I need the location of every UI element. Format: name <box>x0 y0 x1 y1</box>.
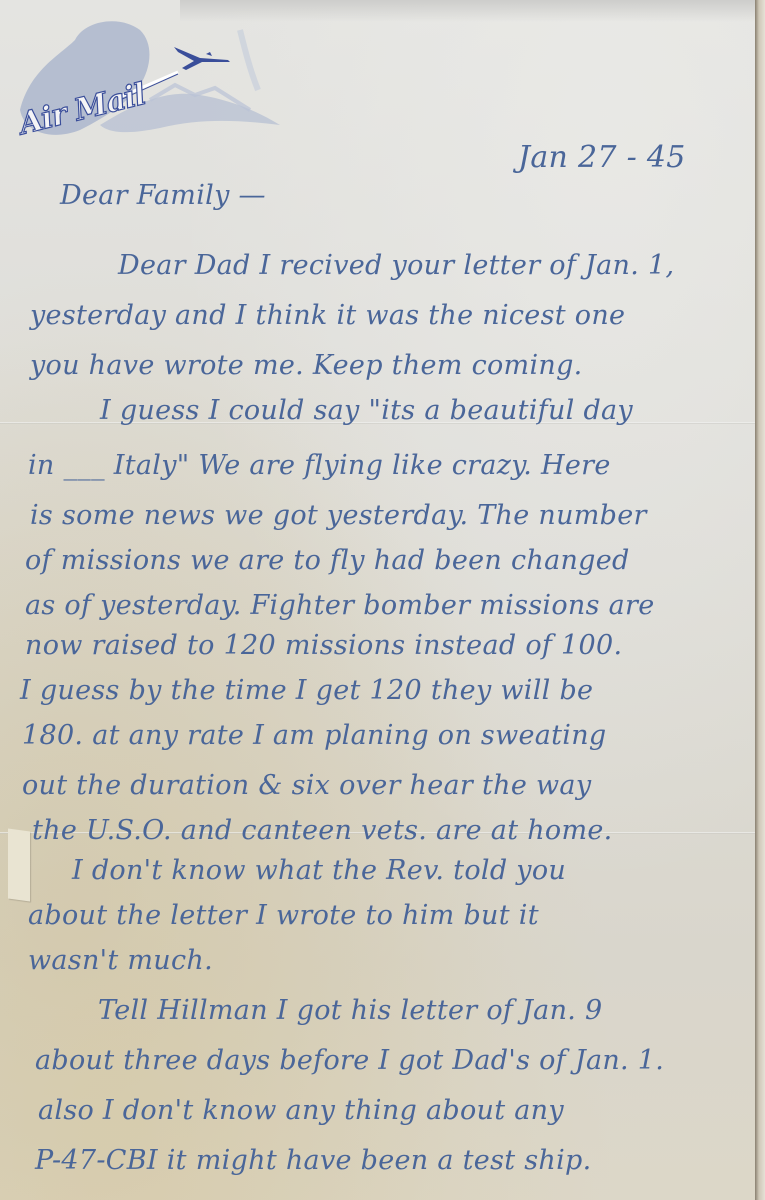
letter-line: yesterday and I think it was the nicest … <box>30 300 625 331</box>
tape-strip <box>8 828 30 901</box>
letter-line: now raised to 120 missions instead of 10… <box>25 630 622 661</box>
letter-line: I guess I could say "its a beautiful day <box>100 395 633 426</box>
letter-line: I don't know what the Rev. told you <box>72 855 566 886</box>
letter-line: P-47-CBI it might have been a test ship. <box>35 1145 592 1176</box>
letter-line: you have wrote me. Keep them coming. <box>30 350 583 381</box>
airplane-icon <box>172 44 232 74</box>
letter-salutation: Dear Family — <box>60 180 266 211</box>
letter-line: Tell Hillman I got his letter of Jan. 9 <box>98 995 603 1026</box>
letter-line: in ___ Italy" We are flying like crazy. … <box>28 450 611 481</box>
airmail-letterhead: Air Mail <box>0 0 300 160</box>
letter-line: also I don't know any thing about any <box>38 1095 564 1126</box>
letter-line: Dear Dad I recived your letter of Jan. 1… <box>118 250 674 281</box>
letter-line: wasn't much. <box>28 945 213 976</box>
letter-line: is some news we got yesterday. The numbe… <box>30 500 647 531</box>
page-edge-shadow <box>755 0 765 1200</box>
letter-page: Air Mail Jan 27 - 45 Dear Family — Dear … <box>0 0 755 1200</box>
letter-line: the U.S.O. and canteen vets. are at home… <box>32 815 613 846</box>
letter-line: 180. at any rate I am planing on sweatin… <box>22 720 607 751</box>
letter-line: out the duration & six over hear the way <box>22 770 591 801</box>
letter-line: as of yesterday. Fighter bomber missions… <box>25 590 655 621</box>
letter-line: about the letter I wrote to him but it <box>28 900 539 931</box>
letter-date: Jan 27 - 45 <box>518 140 686 175</box>
letter-line: about three days before I got Dad's of J… <box>35 1045 664 1076</box>
letter-line: I guess by the time I get 120 they will … <box>20 675 593 706</box>
letter-line: of missions we are to fly had been chang… <box>25 545 630 576</box>
